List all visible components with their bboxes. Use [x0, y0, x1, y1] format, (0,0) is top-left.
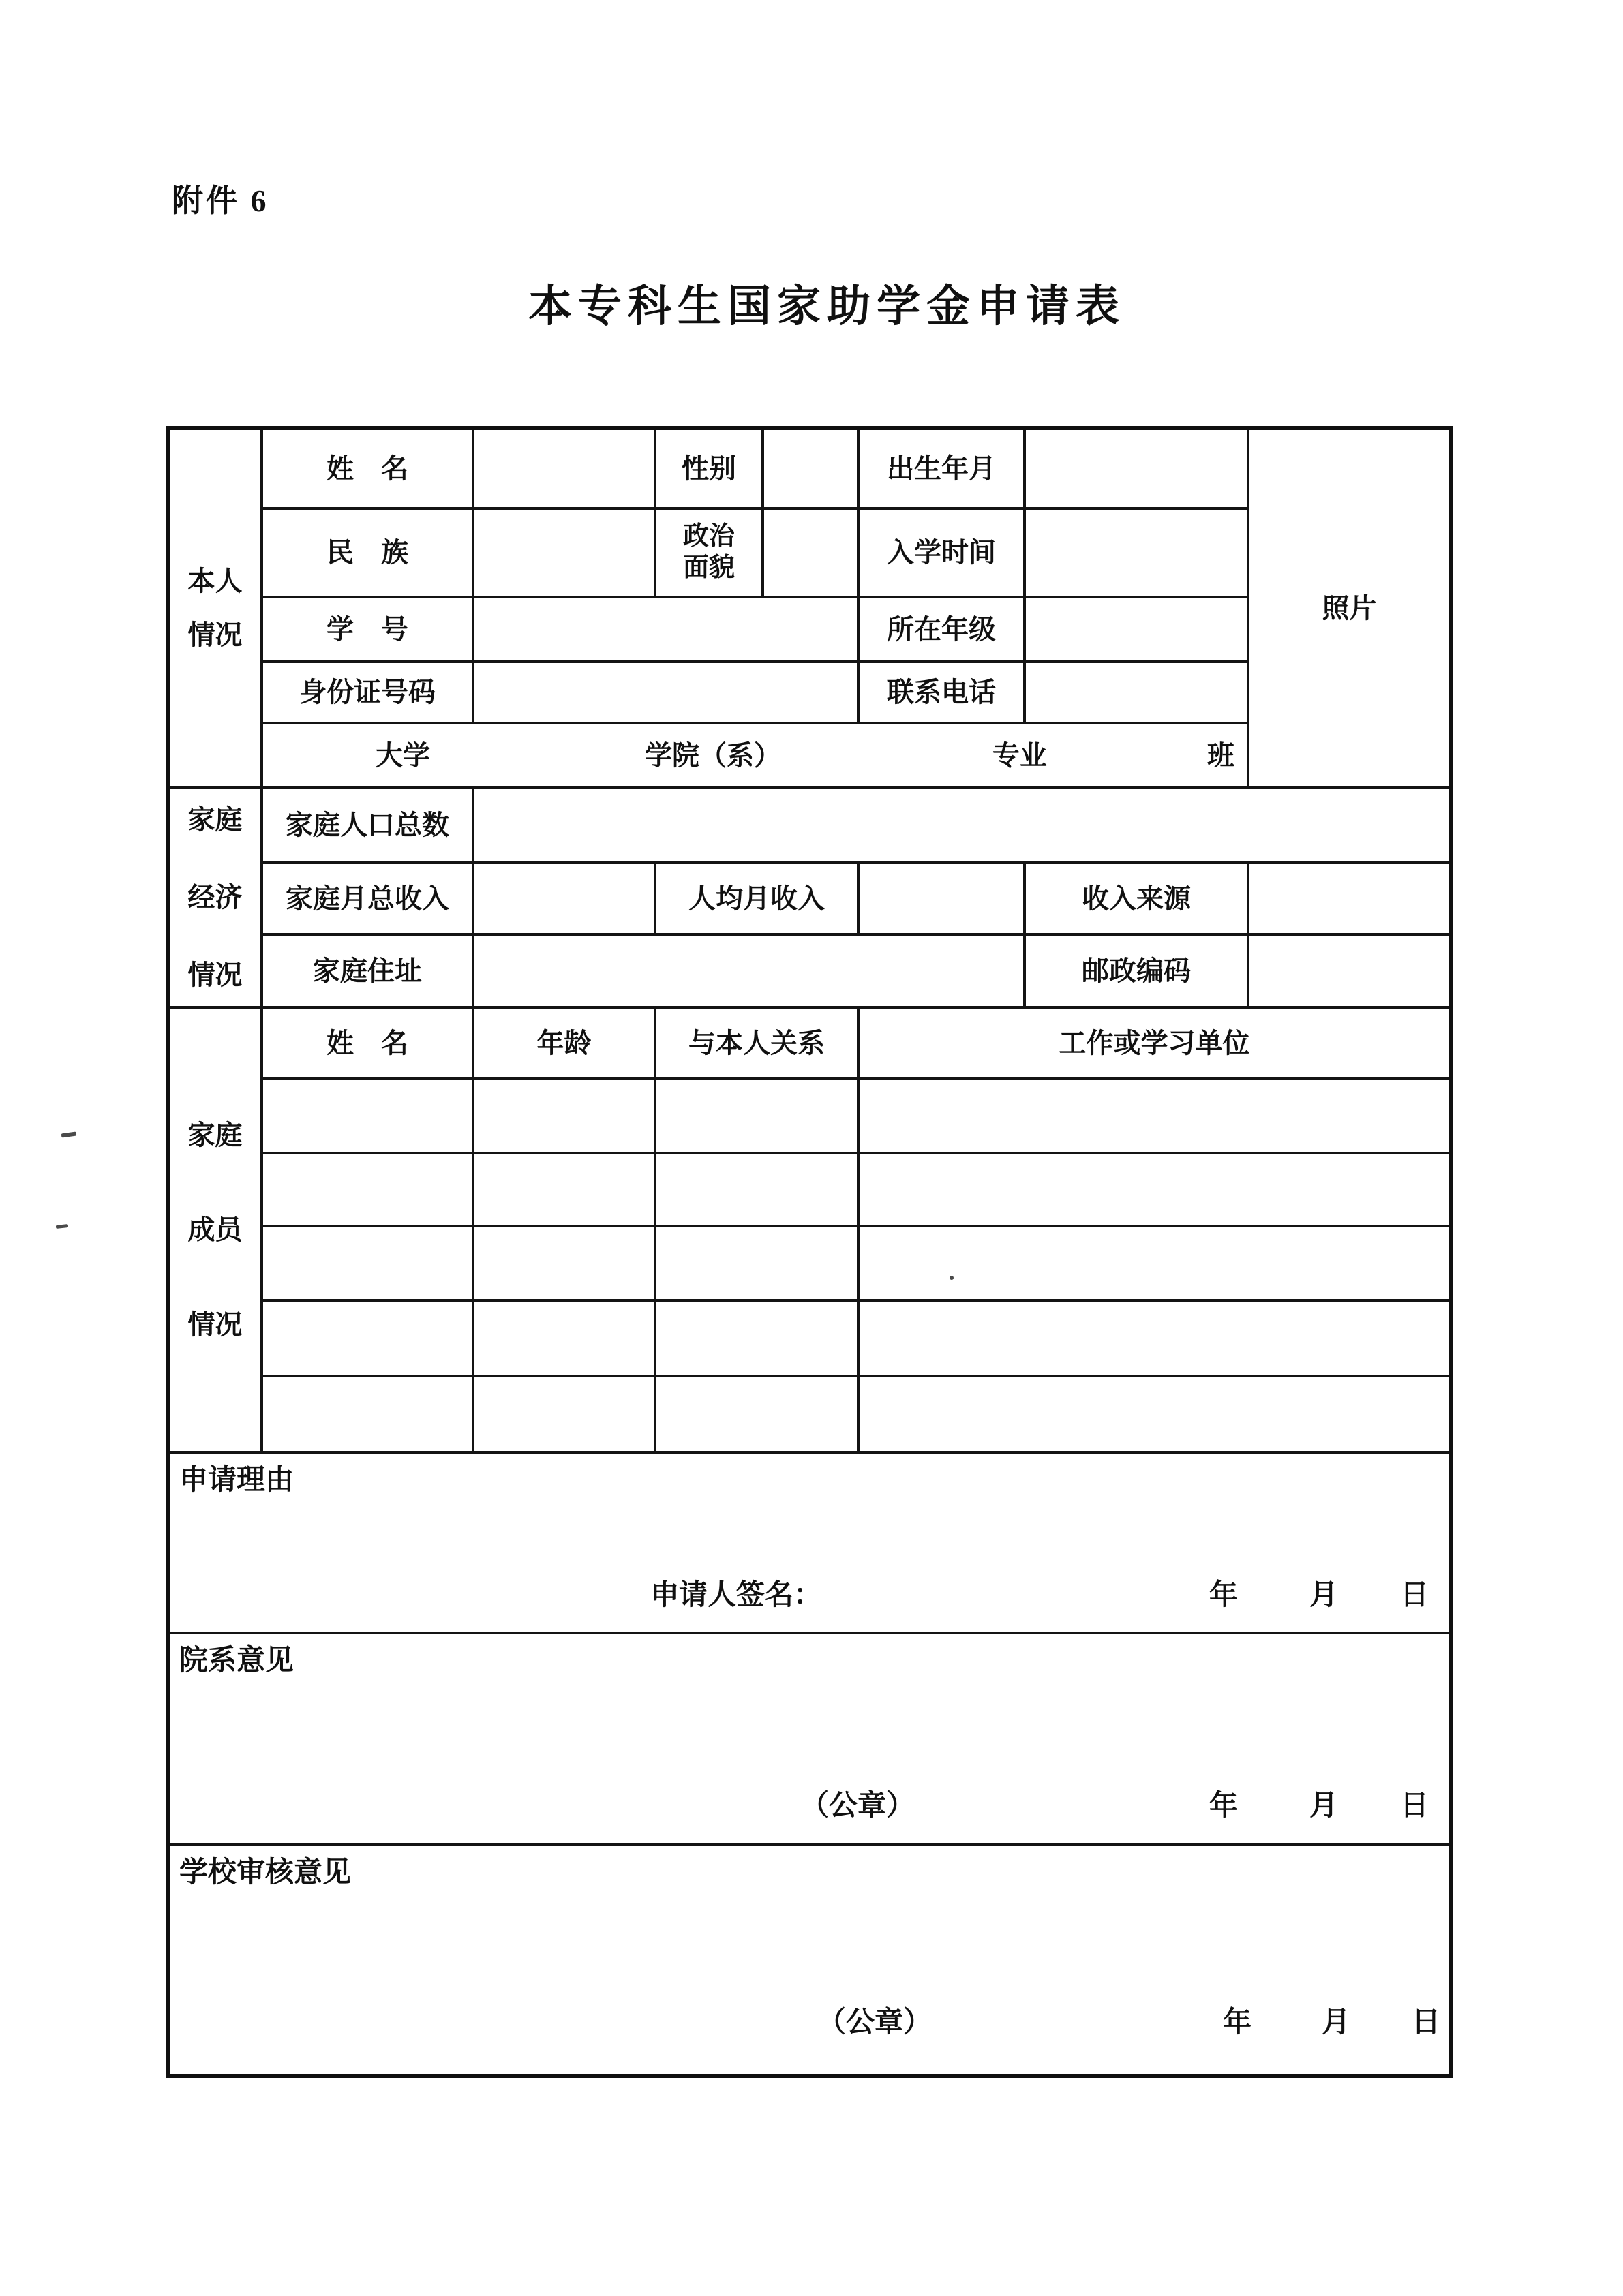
month-label: 月: [1309, 1580, 1338, 1611]
gender-label: 性别: [656, 430, 764, 510]
member-name-cell: [263, 1227, 474, 1302]
form-title: 本专科生国家助学金申请表: [31, 271, 1623, 334]
political-status-value-cell: [764, 510, 860, 598]
scan-mark: [56, 1224, 68, 1229]
member-workplace-header: 工作或学习单位: [860, 1009, 1449, 1080]
member-relation-header: 与本人关系: [656, 1009, 860, 1080]
economic-section-label-line: 家庭: [188, 805, 243, 835]
reason-label: 申请理由: [179, 1465, 294, 1496]
monthly-income-value-cell: [474, 864, 656, 936]
month-label: 月: [1309, 1790, 1338, 1822]
member-workplace-cell: [860, 1377, 1449, 1454]
day-label: 日: [1400, 1790, 1429, 1822]
member-workplace-cell: [860, 1302, 1449, 1377]
member-age-cell: [474, 1080, 656, 1154]
university-suffix-label: 大学: [376, 741, 430, 771]
year-label: 年: [1209, 1580, 1238, 1611]
phone-value-cell: [1026, 663, 1249, 724]
university-line-cell: 大学 学院（系） 专业 班: [263, 724, 1249, 789]
school-opinion-label: 学校审核意见: [179, 1857, 351, 1888]
home-address-value-cell: [474, 936, 1026, 1009]
id-number-value-cell: [474, 663, 860, 724]
postal-code-value-cell: [1249, 936, 1449, 1009]
member-age-cell: [474, 1154, 656, 1227]
month-label: 月: [1322, 2007, 1350, 2038]
enrollment-date-value-cell: [1026, 510, 1249, 598]
family-size-label: 家庭人口总数: [263, 789, 474, 864]
dept-opinion-label: 院系意见: [179, 1645, 294, 1677]
home-address-label: 家庭住址: [263, 936, 474, 1009]
name-label: 姓 名: [263, 430, 474, 510]
personal-section-label-line: 本人: [188, 566, 243, 596]
income-source-value-cell: [1249, 864, 1449, 936]
member-name-header: 姓 名: [263, 1009, 474, 1080]
political-status-label-line: 面貌: [683, 553, 735, 584]
college-suffix-label: 学院（系）: [645, 741, 781, 771]
day-label: 日: [1412, 2007, 1440, 2038]
economic-section-label-line: 情况: [188, 960, 243, 990]
gender-value-cell: [764, 430, 860, 510]
member-name-cell: [263, 1080, 474, 1154]
member-name-cell: [263, 1377, 474, 1454]
student-id-value-cell: [474, 598, 860, 663]
member-relation-cell: [656, 1154, 860, 1227]
year-label: 年: [1223, 2007, 1252, 2038]
birth-date-label: 出生年月: [860, 430, 1026, 510]
school-seal-label: （公章）: [817, 2007, 932, 2038]
id-number-label: 身份证号码: [263, 663, 474, 724]
political-status-label: 政治 面貌: [656, 510, 764, 598]
birth-date-value-cell: [1026, 430, 1249, 510]
dept-seal-label: （公章）: [800, 1790, 915, 1822]
member-workplace-cell: [860, 1154, 1449, 1227]
grade-value-cell: [1026, 598, 1249, 663]
ethnicity-value-cell: [474, 510, 656, 598]
applicant-signature-label: 申请人签名：: [650, 1580, 822, 1611]
economic-section-label: 家庭 经济 情况: [170, 789, 263, 1009]
monthly-income-label: 家庭月总收入: [263, 864, 474, 936]
scan-mark: [950, 1276, 954, 1280]
school-opinion-section: 学校审核意见 （公章） 年 月 日: [170, 1846, 1449, 2074]
personal-section-label-line: 情况: [188, 620, 243, 650]
income-source-label: 收入来源: [1026, 864, 1249, 936]
scanned-form-page: 附件 6 本专科生国家助学金申请表 本人 情况 家庭 经济 情况 家庭 成员 情…: [0, 0, 1623, 2296]
member-relation-cell: [656, 1080, 860, 1154]
application-form-table: 本人 情况 家庭 经济 情况 家庭 成员 情况 姓 名 性别 出生年月 民 族 …: [166, 426, 1453, 2078]
economic-section-label-line: 经济: [188, 883, 243, 913]
class-suffix-label: 班: [1207, 741, 1234, 771]
grade-label: 所在年级: [860, 598, 1026, 663]
members-section-label-line: 成员: [188, 1215, 243, 1245]
photo-placeholder: 照片: [1249, 430, 1449, 789]
personal-section-label: 本人 情况: [170, 430, 263, 789]
per-capita-income-label: 人均月收入: [656, 864, 860, 936]
scan-mark: [61, 1131, 77, 1137]
member-age-cell: [474, 1377, 656, 1454]
member-age-cell: [474, 1227, 656, 1302]
day-label: 日: [1400, 1580, 1429, 1611]
reason-section: 申请理由 申请人签名： 年 月 日: [170, 1454, 1449, 1634]
member-workplace-cell: [860, 1227, 1449, 1302]
attachment-label: 附件 6: [172, 176, 269, 221]
name-value-cell: [474, 430, 656, 510]
enrollment-date-label: 入学时间: [860, 510, 1026, 598]
dept-opinion-section: 院系意见 （公章） 年 月 日: [170, 1634, 1449, 1846]
year-label: 年: [1209, 1790, 1238, 1822]
per-capita-income-value-cell: [860, 864, 1026, 936]
member-age-cell: [474, 1302, 656, 1377]
family-size-value-cell: [474, 789, 1449, 864]
member-relation-cell: [656, 1377, 860, 1454]
members-section-label-line: 情况: [188, 1310, 243, 1340]
members-section-label: 家庭 成员 情况: [170, 1009, 263, 1454]
major-suffix-label: 专业: [992, 741, 1047, 771]
member-age-header: 年龄: [474, 1009, 656, 1080]
member-relation-cell: [656, 1302, 860, 1377]
member-workplace-cell: [860, 1080, 1449, 1154]
member-name-cell: [263, 1302, 474, 1377]
members-section-label-line: 家庭: [188, 1120, 243, 1150]
postal-code-label: 邮政编码: [1026, 936, 1249, 1009]
political-status-label-line: 政治: [683, 521, 735, 553]
member-name-cell: [263, 1154, 474, 1227]
member-relation-cell: [656, 1227, 860, 1302]
student-id-label: 学 号: [263, 598, 474, 663]
ethnicity-label: 民 族: [263, 510, 474, 598]
phone-label: 联系电话: [860, 663, 1026, 724]
